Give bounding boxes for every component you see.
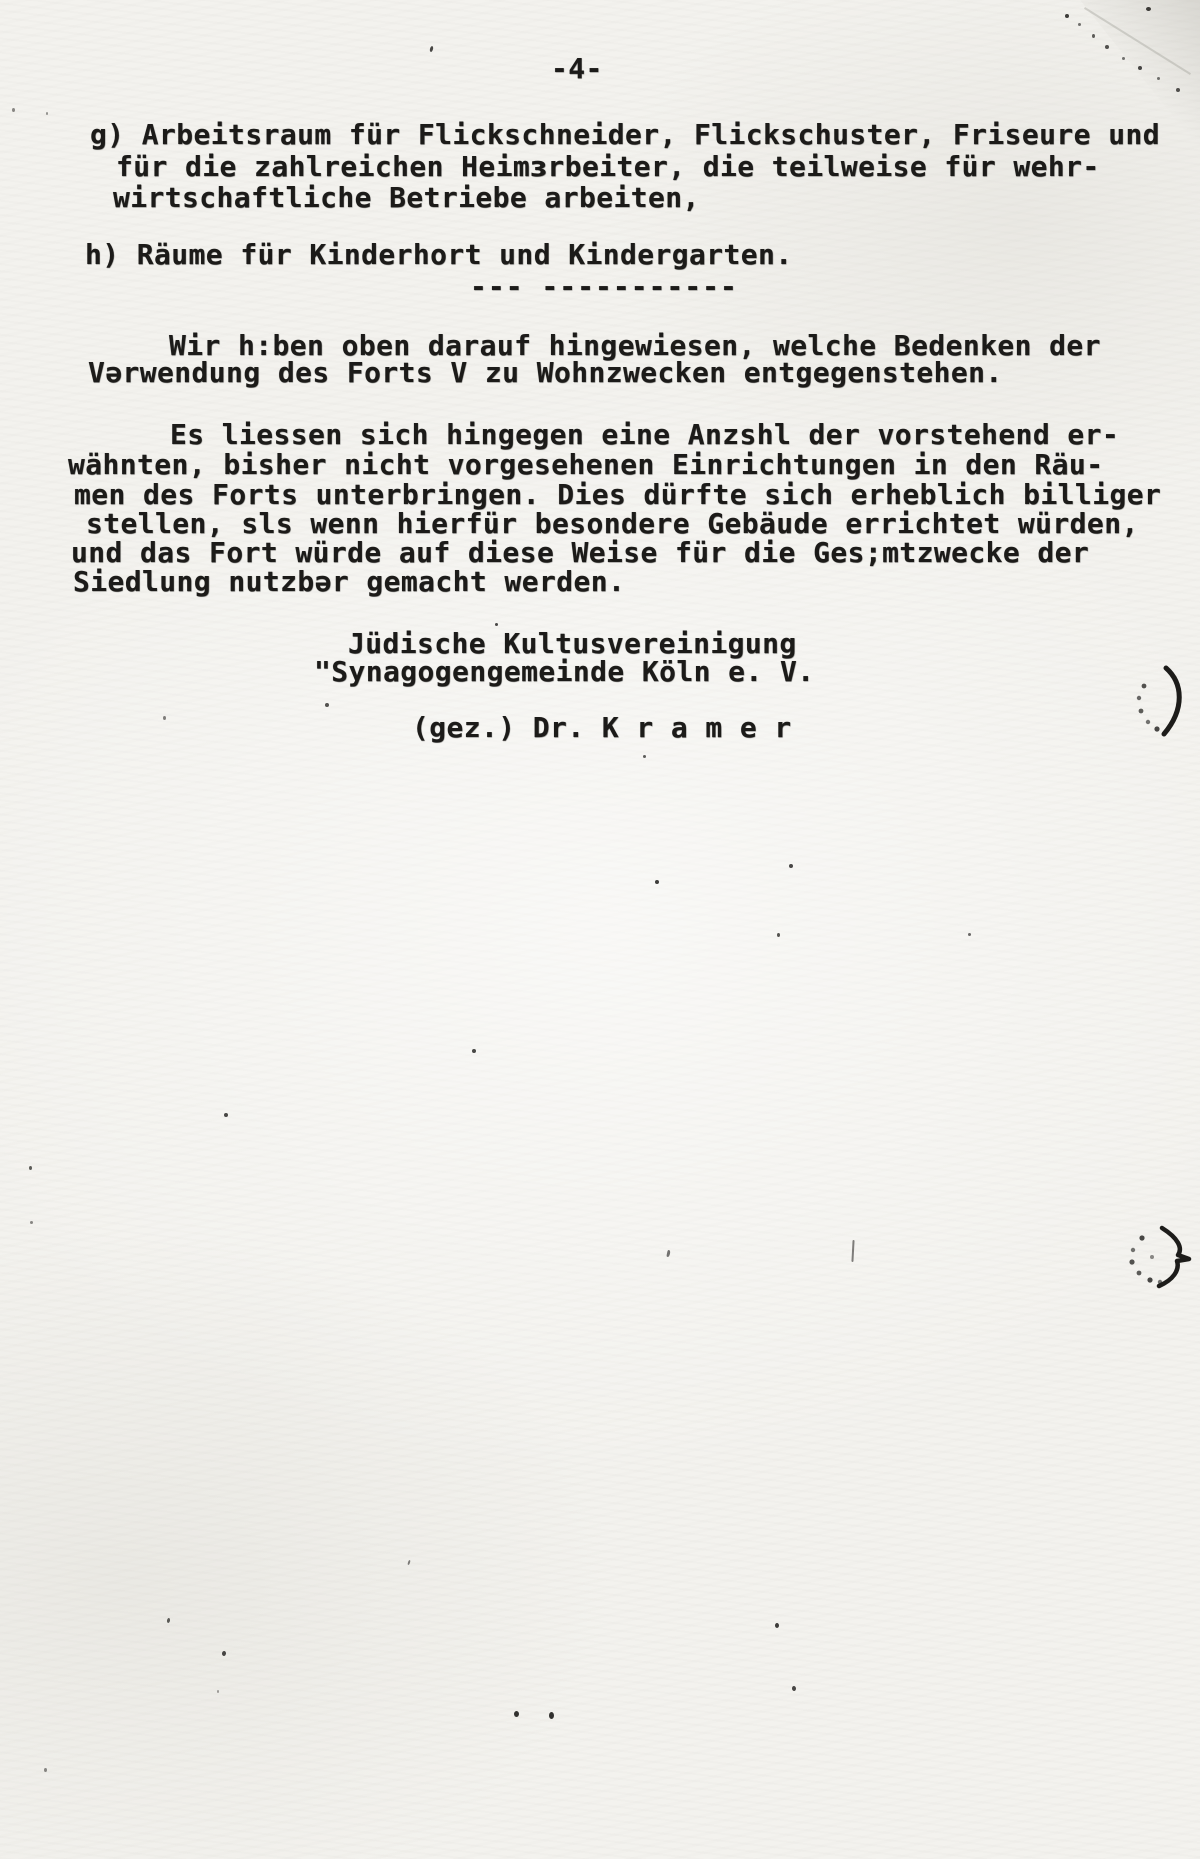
ink-speck [407,1560,410,1565]
list-item-g-line2: für die zahlreichen Heimɜrbeiter, die te… [116,152,1100,182]
dashed-separator: --- ----------- [470,272,738,302]
ink-speck [1157,77,1160,80]
ink-speck [789,864,793,868]
ink-speck [472,1049,476,1053]
list-item-g-line3: wirtschaftliche Betriebe arbeiten, [113,183,700,213]
ink-speck [429,46,433,53]
ink-speck [1176,88,1180,92]
ink-speck [1122,57,1125,60]
ink-speck [222,1651,227,1657]
signature-org-line2: "Synagogengemeinde Köln e. V. [314,657,814,687]
ink-speck [1138,66,1142,70]
ink-speck [29,1166,32,1170]
scanned-document-page: -4- g) Arbeitsraum für Flickschneider, F… [0,0,1200,1859]
ink-speck [1146,7,1151,11]
paragraph2-line2: wähnten, bisher nicht vorgesehenen Einri… [68,450,1103,480]
ink-speck [1065,14,1069,18]
ink-speck [777,933,780,937]
ink-speck [224,1113,228,1117]
list-item-g-line1: g) Arbeitsraum für Flickschneider, Flick… [90,120,1160,150]
ink-speck [167,1618,171,1623]
margin-parenthesis-mark-upper [1122,656,1200,752]
list-item-h-line1: h) Räume für Kinderhort und Kindergarten… [85,240,793,270]
ink-speck [643,755,646,758]
ink-speck [1092,34,1095,38]
ink-speck [12,108,15,112]
ink-speck [666,1250,670,1257]
ink-speck [46,112,48,115]
ink-speck [549,1712,554,1719]
paragraph2-line5: und das Fort würde auf diese Weise für d… [71,538,1089,568]
paragraph2-line4: stellen, sls wenn hierfür besondere Gebä… [86,509,1139,539]
ink-speck [968,933,971,936]
paragraph1-line2: Vərwendung des Forts V zu Wohnzwecken en… [88,358,1003,388]
scratch-tick [851,1240,854,1262]
ink-speck [792,1686,797,1691]
ink-speck [514,1711,519,1717]
page-number: -4- [551,54,603,84]
paragraph2-line6: Siedlung nutzbər gemacht werden. [73,567,625,597]
ink-speck [30,1221,33,1224]
ink-speck [1105,45,1109,49]
signature-signed-by: (gez.) Dr. K r a m e r [412,713,792,743]
ink-speck [495,623,498,626]
ink-speck [44,1768,47,1772]
ink-speck [775,1623,779,1628]
paragraph2-line3: men des Forts unterbringen. Dies dürfte … [74,480,1161,510]
ink-speck [325,703,329,707]
ink-speck [163,716,166,720]
margin-parenthesis-mark-lower [1116,1222,1198,1298]
ink-speck [217,1690,219,1693]
paragraph2-line1: Es liessen sich hingegen eine Anzshl der… [170,420,1119,450]
ink-speck [1078,23,1081,26]
ink-speck [655,880,659,884]
